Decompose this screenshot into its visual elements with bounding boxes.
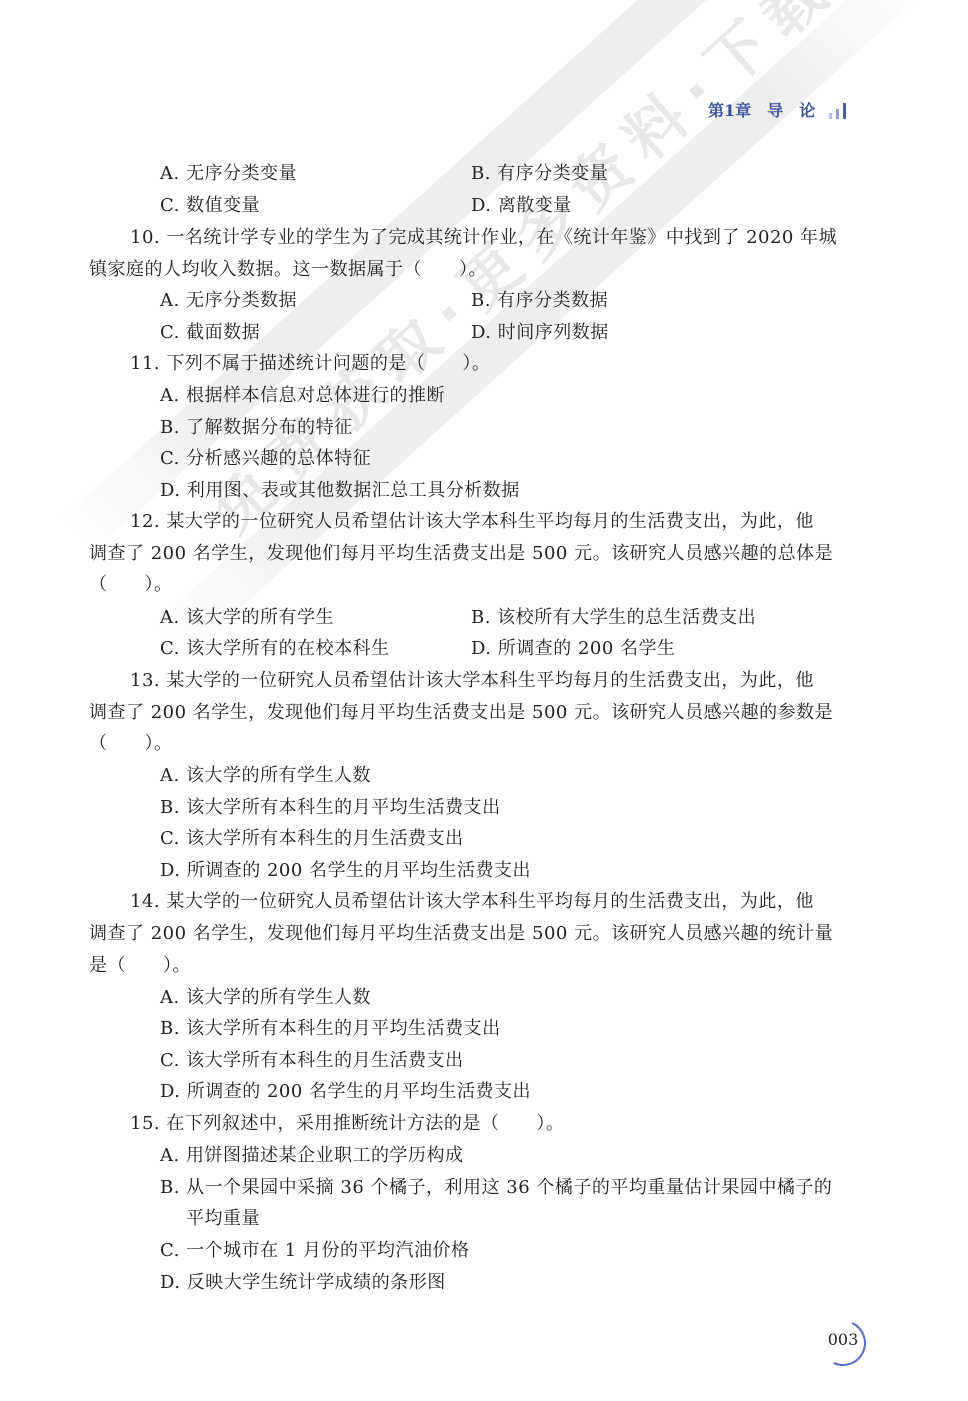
q15-option-b: B. 从一个果园中采摘 36 个橘子，利用这 36 个橘子的平均重量估计果园中橘… [160, 1176, 832, 1200]
q13-stem-cont-2: （ ）。 [89, 732, 173, 756]
q12-option-d: D. 所调查的 200 名学生 [471, 637, 676, 661]
q13-option-c: C. 该大学所有本科生的月生活费支出 [160, 827, 464, 851]
q12-option-a: A. 该大学的所有学生 [160, 606, 334, 630]
running-header: 第1章 导 论 [708, 98, 846, 121]
q13-stem-cont: 调查了 200 名学生，发现他们每月平均生活费支出是 500 元。该研究人员感兴… [89, 701, 833, 725]
textbook-page: 免费获取·更多资料·下载APP 第1章 导 论 A. 无序分类变量 B. 有序分… [0, 0, 968, 1401]
q10-stem: 10. 一名统计学专业的学生为了完成其统计作业，在《统计年鉴》中找到了 2020… [130, 226, 837, 250]
q9-option-a: A. 无序分类变量 [160, 162, 297, 186]
q11-stem: 11. 下列不属于描述统计问题的是（ ）。 [130, 352, 490, 376]
q10-option-d: D. 时间序列数据 [471, 321, 609, 345]
chapter-title-char-1: 导 [767, 98, 783, 121]
q10-option-a: A. 无序分类数据 [160, 289, 297, 313]
q15-option-a: A. 用饼图描述某企业职工的学历构成 [160, 1144, 463, 1168]
q13-stem: 13. 某大学的一位研究人员希望估计该大学本科生平均每月的生活费支出，为此，他 [130, 669, 814, 693]
q10-option-b: B. 有序分类数据 [471, 289, 608, 313]
q12-option-c: C. 该大学所有的在校本科生 [160, 637, 390, 661]
page-number: 003 [822, 1330, 864, 1349]
q14-stem-cont: 调查了 200 名学生，发现他们每月平均生活费支出是 500 元。该研究人员感兴… [89, 922, 833, 946]
q12-option-b: B. 该校所有大学生的总生活费支出 [471, 606, 756, 630]
q9-option-b: B. 有序分类变量 [471, 162, 608, 186]
q15-option-d: D. 反映大学生统计学成绩的条形图 [160, 1271, 446, 1295]
q15-option-c: C. 一个城市在 1 月份的平均汽油价格 [160, 1239, 469, 1263]
q10-stem-cont: 镇家庭的人均收入数据。这一数据属于（ ）。 [89, 258, 487, 282]
q14-option-b: B. 该大学所有本科生的月平均生活费支出 [160, 1017, 501, 1041]
q15-option-b-cont: 平均重量 [186, 1207, 260, 1231]
q11-option-c: C. 分析感兴趣的总体特征 [160, 447, 371, 471]
q10-option-c: C. 截面数据 [160, 321, 260, 345]
q11-option-b: B. 了解数据分布的特征 [160, 416, 353, 440]
q12-stem: 12. 某大学的一位研究人员希望估计该大学本科生平均每月的生活费支出，为此，他 [130, 510, 814, 534]
q14-option-c: C. 该大学所有本科生的月生活费支出 [160, 1049, 464, 1073]
q11-option-a: A. 根据样本信息对总体进行的推断 [160, 384, 445, 408]
q9-option-c: C. 数值变量 [160, 194, 260, 218]
bar-chart-icon [829, 101, 846, 119]
q12-stem-cont-2: （ ）。 [89, 573, 173, 597]
q14-stem: 14. 某大学的一位研究人员希望估计该大学本科生平均每月的生活费支出，为此，他 [130, 890, 814, 914]
q14-option-a: A. 该大学的所有学生人数 [160, 986, 371, 1010]
q14-stem-cont-2: 是（ ）。 [89, 954, 191, 978]
q11-option-d: D. 利用图、表或其他数据汇总工具分析数据 [160, 479, 520, 503]
chapter-label: 第1章 [708, 98, 751, 121]
q13-option-d: D. 所调查的 200 名学生的月平均生活费支出 [160, 859, 531, 883]
q13-option-b: B. 该大学所有本科生的月平均生活费支出 [160, 796, 501, 820]
q15-stem: 15. 在下列叙述中，采用推断统计方法的是（ ）。 [130, 1112, 564, 1136]
q12-stem-cont: 调查了 200 名学生，发现他们每月平均生活费支出是 500 元。该研究人员感兴… [89, 542, 833, 566]
chapter-title-char-2: 论 [799, 98, 815, 121]
q9-option-d: D. 离散变量 [471, 194, 572, 218]
q14-option-d: D. 所调查的 200 名学生的月平均生活费支出 [160, 1080, 531, 1104]
q13-option-a: A. 该大学的所有学生人数 [160, 764, 371, 788]
